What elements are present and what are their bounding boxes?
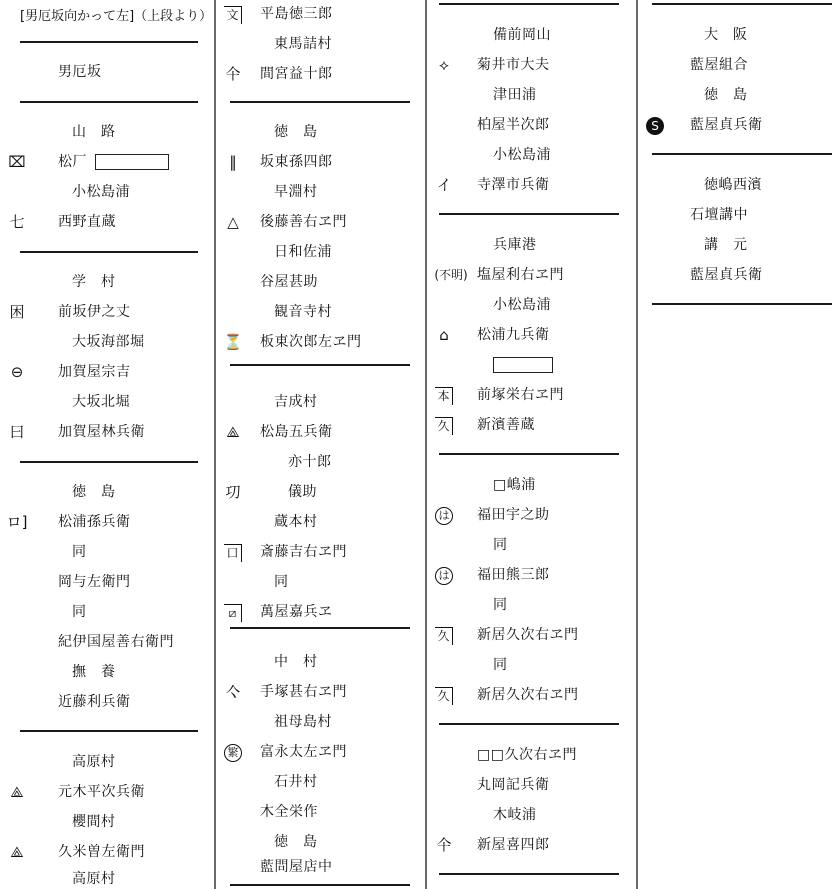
person-name-row: 仐新屋喜四郎 — [427, 834, 627, 856]
person-label: 坂東孫四郎 — [260, 151, 333, 173]
framed-tree-mark-icon: 困 — [4, 301, 30, 323]
person-label: 西野直蔵 — [58, 211, 116, 233]
person-label: 松浦九兵衛 — [477, 324, 550, 346]
katakana-i-mark-icon: イ — [431, 174, 457, 196]
person-label: 間宮益十郎 — [260, 63, 333, 85]
place-name-row: 同 — [427, 654, 627, 676]
place-label: 石井村 — [274, 771, 318, 793]
person-label: 丸岡記兵衛 — [477, 774, 550, 796]
place-label: 小松島浦 — [493, 144, 551, 166]
place-label: 蔵本村 — [274, 511, 318, 533]
person-label: 松島五兵衛 — [260, 421, 333, 443]
triforce-triangle-mark-icon: ⟁ — [220, 421, 246, 443]
heading-label: [男厄坂向かって左]（上段より） — [20, 6, 212, 28]
place-label: 徳嶋西濱 — [704, 174, 762, 196]
person-label: 元木平次兵衛 — [58, 781, 145, 803]
person-label: 平島徳三郎 — [260, 3, 333, 25]
place-label: 同 — [72, 541, 87, 563]
section-divider — [20, 41, 198, 43]
place-name-row: 同 — [427, 594, 627, 616]
place-label: 津田浦 — [493, 84, 537, 106]
place-label: 日和佐浦 — [274, 241, 332, 263]
section-divider — [439, 453, 619, 455]
place-label: 大坂海部堀 — [72, 331, 145, 353]
person-label: 儀助 — [288, 481, 317, 503]
person-name-row: 石壇講中 — [638, 204, 836, 226]
person-name-row: 谷屋甚助 — [216, 271, 416, 293]
section-divider — [439, 213, 619, 215]
place-name-row: 徳 島 — [216, 121, 416, 143]
circled-ha-mark-icon: は — [431, 504, 457, 526]
place-name-row: 早淵村 — [216, 181, 416, 203]
person-name-row: 口斎藤吉右ヱ門 — [216, 541, 416, 563]
person-name-row: は福田宇之助 — [427, 504, 627, 526]
column-3: 備前岡山⟡菊井市大夫津田浦柏屋半次郎小松島浦イ寺澤市兵衛兵庫港(不明)塩屋利右ヱ… — [427, 0, 627, 889]
roof-kanji-mark-icon: 㓛 — [220, 481, 246, 503]
circled-han-mark-icon: 繁 — [220, 741, 246, 763]
person-label: 新濱善蔵 — [477, 414, 535, 436]
section-divider — [230, 101, 410, 103]
place-name-row: 石井村 — [216, 771, 416, 793]
person-label: 近藤利兵衛 — [58, 691, 131, 713]
place-name-row: 木岐浦 — [427, 804, 627, 826]
roof-eight-mark-icon: 亽 — [220, 681, 246, 703]
place-label: 高原村 — [72, 751, 116, 773]
person-label: 松厂 — [58, 151, 87, 173]
person-label: 藍屋組合 — [690, 54, 748, 76]
person-label: 福田熊三郎 — [477, 564, 550, 586]
place-name-row: 櫻間村 — [0, 811, 200, 833]
person-name-row: 困前坂伊之丈 — [0, 301, 200, 323]
place-label: 徳 島 — [274, 121, 318, 143]
person-name-row: △後藤善右ヱ門 — [216, 211, 416, 233]
person-label: 富永太左ヱ門 — [260, 741, 347, 763]
person-label: 新屋喜四郎 — [477, 834, 550, 856]
place-label: 祖母島村 — [274, 711, 332, 733]
section-divider — [439, 873, 619, 875]
place-label: 備前岡山 — [493, 24, 551, 46]
roof-cross-mark-icon: 仐 — [431, 834, 457, 856]
place-label: 中 村 — [274, 651, 318, 673]
place-label: 観音寺村 — [274, 301, 332, 323]
person-name-row: □□久次右ヱ門 — [427, 744, 627, 766]
shichi-mark-icon: 七 — [4, 211, 30, 233]
slashed-box-mark-icon: ⧄ — [220, 601, 246, 623]
roof-circle-mark-icon: ⌂ — [431, 324, 457, 346]
place-label: 同 — [274, 571, 289, 593]
place-name-row: 山 路 — [0, 121, 200, 143]
triforce-triangle-mark-icon: ⟁ — [4, 781, 30, 803]
section-divider — [20, 461, 198, 463]
person-label: 谷屋甚助 — [260, 271, 318, 293]
person-name-row: 繁富永太左ヱ門 — [216, 741, 416, 763]
person-label: 亦十郎 — [288, 451, 332, 473]
cross-diamond-mark-icon: ⟡ — [431, 54, 457, 76]
place-name-row: 同 — [0, 541, 200, 563]
hon-box-mark-icon: 本 — [431, 384, 457, 406]
place-label: 吉成村 — [274, 391, 318, 413]
person-name-row: 亦十郎 — [216, 451, 416, 473]
place-name-row: 備前岡山 — [427, 24, 627, 46]
person-name-row: は福田熊三郎 — [427, 564, 627, 586]
person-label: □□久次右ヱ門 — [477, 744, 577, 766]
person-label: 木全栄作 — [260, 801, 318, 823]
person-name-row: ⟁久米曽左衛門 — [0, 841, 200, 863]
person-name-row: ⌧松厂 — [0, 151, 200, 173]
person-label: 寺澤市兵衛 — [477, 174, 550, 196]
illegible-blank-box — [95, 154, 169, 170]
person-label: 紀伊国屋善右衛門 — [58, 631, 174, 653]
person-name-row: 藍屋貞兵衛 — [638, 264, 836, 286]
blank-row — [427, 354, 627, 376]
circle-bar-mark-icon: ⊖ — [4, 361, 30, 383]
place-name-row: 小松島浦 — [427, 294, 627, 316]
section-divider — [652, 3, 832, 5]
filled-circle-s-mark-icon: S — [642, 114, 668, 136]
place-label: 高原村 — [72, 868, 116, 889]
place-label: 同 — [493, 594, 508, 616]
illegible-blank-box — [493, 357, 553, 373]
roof-up-mark-icon: 仐 — [220, 63, 246, 85]
place-name-row: 講 元 — [638, 234, 836, 256]
place-name-row: 吉成村 — [216, 391, 416, 413]
double-bar-mark-icon: ‖ — [220, 151, 246, 173]
section-heading: [男厄坂向かって左]（上段より） — [0, 6, 200, 28]
person-label: 久米曽左衛門 — [58, 841, 145, 863]
person-label: 柏屋半次郎 — [477, 114, 550, 136]
person-name-row: ⧄萬屋嘉兵ヱ — [216, 601, 416, 623]
place-name-row: 同 — [216, 571, 416, 593]
kyu-box-mark-icon: 久 — [431, 414, 457, 436]
rounded-box-mark-icon: 曰 — [4, 421, 30, 443]
section-divider — [652, 153, 832, 155]
place-label: 撫 養 — [72, 661, 116, 683]
person-name-row: 岡与左衛門 — [0, 571, 200, 593]
person-name-row: 本前塚栄右ヱ門 — [427, 384, 627, 406]
place-name-row: 兵庫港 — [427, 234, 627, 256]
place-name-row: 日和佐浦 — [216, 241, 416, 263]
person-name-row: 紀伊国屋善右衛門 — [0, 631, 200, 653]
place-label: 小松島浦 — [493, 294, 551, 316]
person-label: 松浦孫兵衛 — [58, 511, 131, 533]
place-name-row: 徳 島 — [0, 481, 200, 503]
place-name-row: 撫 養 — [0, 661, 200, 683]
place-label: □嶋浦 — [493, 474, 536, 496]
place-name-row: 男厄坂 — [0, 61, 200, 83]
kyu-box-mark-icon: 久 — [431, 624, 457, 646]
kuchi-bracket-mark-icon: ロ] — [4, 511, 30, 533]
section-divider — [230, 627, 410, 629]
person-name-row: 文平島徳三郎 — [216, 3, 416, 25]
person-name-row: ⏳板東次郎左ヱ門 — [216, 331, 416, 353]
person-name-row: 丸岡記兵衛 — [427, 774, 627, 796]
person-name-row: イ寺澤市兵衛 — [427, 174, 627, 196]
place-label: 徳 島 — [274, 831, 318, 853]
person-name-row: ロ]松浦孫兵衛 — [0, 511, 200, 533]
place-name-row: 大坂北堀 — [0, 391, 200, 413]
person-label: 藍問屋店中 — [260, 856, 333, 878]
person-label: 前坂伊之丈 — [58, 301, 131, 323]
place-name-row: 中 村 — [216, 651, 416, 673]
place-name-row: 蔵本村 — [216, 511, 416, 533]
place-label: 兵庫港 — [493, 234, 537, 256]
triforce-triangle-mark-icon: ⟁ — [4, 841, 30, 863]
person-name-row: (不明)塩屋利右ヱ門 — [427, 264, 627, 286]
section-divider — [652, 303, 832, 305]
person-label: 加賀屋林兵衛 — [58, 421, 145, 443]
place-name-row: 同 — [0, 601, 200, 623]
section-divider — [230, 884, 410, 886]
person-name-row: 㓛儀助 — [216, 481, 416, 503]
person-name-row: S藍屋貞兵衛 — [638, 114, 836, 136]
section-divider — [20, 251, 198, 253]
person-label: 石壇講中 — [690, 204, 748, 226]
place-label: 同 — [72, 601, 87, 623]
person-label: 萬屋嘉兵ヱ — [260, 601, 333, 623]
person-name-row: 仐間宮益十郎 — [216, 63, 416, 85]
person-label: 板東次郎左ヱ門 — [260, 331, 362, 353]
person-label: 岡与左衛門 — [58, 571, 131, 593]
place-label: 徳 島 — [72, 481, 116, 503]
unknown-mark-label: (不明) — [427, 264, 475, 286]
place-name-row: 高原村 — [0, 751, 200, 773]
place-label: 学 村 — [72, 271, 116, 293]
column-2: 文平島徳三郎東馬詰村仐間宮益十郎徳 島‖坂東孫四郎早淵村△後藤善右ヱ門日和佐浦谷… — [216, 0, 416, 889]
section-divider — [439, 3, 619, 5]
section-divider — [230, 364, 410, 366]
person-name-row: 亽手塚甚右ヱ門 — [216, 681, 416, 703]
person-label: 新居久次右ヱ門 — [477, 684, 579, 706]
person-name-row: 木全栄作 — [216, 801, 416, 823]
person-name-row: 藍問屋店中 — [216, 856, 416, 878]
place-name-row: 観音寺村 — [216, 301, 416, 323]
kyu-box-mark-icon: 久 — [431, 684, 457, 706]
person-name-row: ⟡菊井市大夫 — [427, 54, 627, 76]
triangle-mark-icon: △ — [220, 211, 246, 233]
place-label: 東馬詰村 — [274, 33, 332, 55]
place-name-row: 小松島浦 — [427, 144, 627, 166]
person-label: 手塚甚右ヱ門 — [260, 681, 347, 703]
place-label: 男厄坂 — [58, 61, 102, 83]
place-label: 講 元 — [704, 234, 748, 256]
person-label: 前塚栄右ヱ門 — [477, 384, 564, 406]
person-label: 加賀屋宗吉 — [58, 361, 131, 383]
circled-ha-mark-icon: は — [431, 564, 457, 586]
place-label: 櫻間村 — [72, 811, 116, 833]
place-label: 木岐浦 — [493, 804, 537, 826]
person-label: 藍屋貞兵衛 — [690, 264, 763, 286]
person-name-row: 柏屋半次郎 — [427, 114, 627, 136]
person-name-row: 久新濱善蔵 — [427, 414, 627, 436]
person-name-row: 久新居久次右ヱ門 — [427, 684, 627, 706]
person-label: 新居久次右ヱ門 — [477, 624, 579, 646]
place-name-row: 東馬詰村 — [216, 33, 416, 55]
place-name-row: 徳 島 — [638, 84, 836, 106]
section-divider — [439, 723, 619, 725]
place-name-row: 大 阪 — [638, 24, 836, 46]
person-label: 菊井市大夫 — [477, 54, 550, 76]
place-label: 同 — [493, 654, 508, 676]
person-name-row: ‖坂東孫四郎 — [216, 151, 416, 173]
person-name-row: ⊖加賀屋宗吉 — [0, 361, 200, 383]
person-name-row: 曰加賀屋林兵衛 — [0, 421, 200, 443]
place-label: 大坂北堀 — [72, 391, 130, 413]
person-label: 塩屋利右ヱ門 — [477, 264, 564, 286]
column-4: 大 阪藍屋組合徳 島S藍屋貞兵衛徳嶋西濱石壇講中講 元藍屋貞兵衛 — [638, 0, 836, 889]
place-label: 大 阪 — [704, 24, 748, 46]
column-1: [男厄坂向かって左]（上段より）男厄坂山 路⌧松厂小松島浦七西野直蔵学 村困前坂… — [0, 0, 200, 889]
hourglass-x-mark-icon: ⌧ — [4, 151, 30, 173]
place-label: 小松島浦 — [72, 181, 130, 203]
bun-box-mark-icon: 文 — [220, 3, 246, 25]
person-name-row: 藍屋組合 — [638, 54, 836, 76]
place-name-row: 徳 島 — [216, 831, 416, 853]
hourglass-mark-icon: ⏳ — [220, 331, 246, 353]
section-divider — [20, 101, 198, 103]
place-name-row: 祖母島村 — [216, 711, 416, 733]
place-name-row: 津田浦 — [427, 84, 627, 106]
person-label: 後藤善右ヱ門 — [260, 211, 347, 233]
place-name-row: 大坂海部堀 — [0, 331, 200, 353]
person-label: 福田宇之助 — [477, 504, 550, 526]
place-label: 同 — [493, 534, 508, 556]
person-name-row: ⟁松島五兵衛 — [216, 421, 416, 443]
place-label: 徳 島 — [704, 84, 748, 106]
person-label: 斎藤吉右ヱ門 — [260, 541, 347, 563]
person-name-row: 近藤利兵衛 — [0, 691, 200, 713]
place-label: 山 路 — [72, 121, 116, 143]
person-name-row: ⌂松浦九兵衛 — [427, 324, 627, 346]
person-name-row: ⟁元木平次兵衛 — [0, 781, 200, 803]
section-divider — [20, 730, 198, 732]
place-name-row: 徳嶋西濱 — [638, 174, 836, 196]
place-name-row: 学 村 — [0, 271, 200, 293]
place-label: 早淵村 — [274, 181, 318, 203]
person-label: 藍屋貞兵衛 — [690, 114, 763, 136]
place-name-row: 同 — [427, 534, 627, 556]
square-box-mark-icon: 口 — [220, 541, 246, 563]
place-name-row: □嶋浦 — [427, 474, 627, 496]
person-name-row: 七西野直蔵 — [0, 211, 200, 233]
person-name-row: 久新居久次右ヱ門 — [427, 624, 627, 646]
place-name-row: 小松島浦 — [0, 181, 200, 203]
place-name-row: 高原村 — [0, 868, 200, 889]
